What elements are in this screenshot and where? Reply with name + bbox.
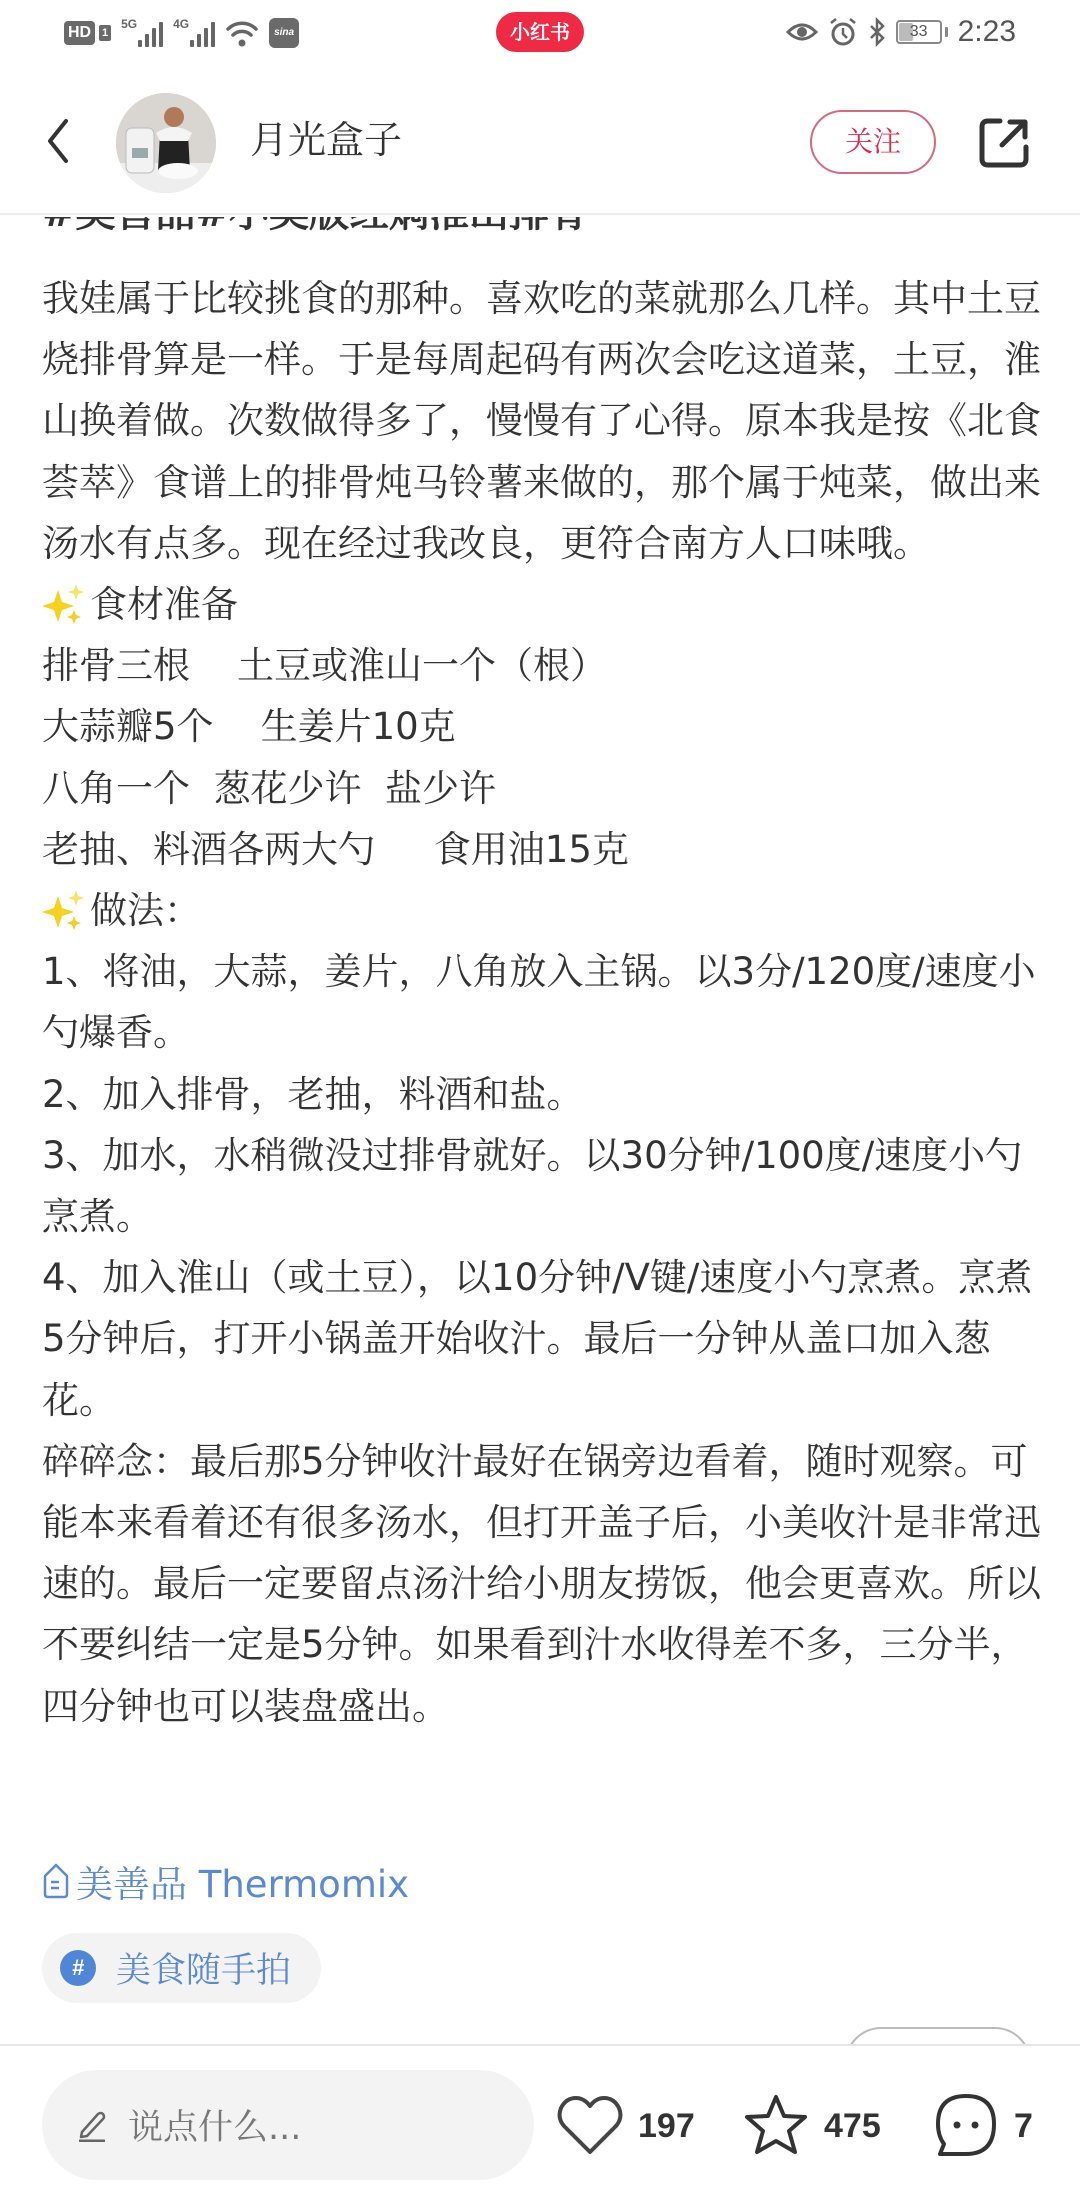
step-line: 2、加入排骨，老抽，料酒和盐。 [42, 1064, 1042, 1125]
battery-icon: 33 [896, 20, 942, 44]
comment-count: 7 [1014, 2107, 1033, 2146]
battery-tip [945, 27, 948, 37]
battery-level: 33 [910, 23, 928, 40]
status-bar: HD 1 5G 4G sina 小红书 [0, 0, 1080, 65]
comment-input[interactable]: 说点什么... [42, 2070, 534, 2180]
app-badge-xiaohongshu: 小红书 [496, 12, 584, 52]
clock: 2:23 [958, 15, 1016, 49]
hashtag-icon: # [60, 1950, 96, 1986]
status-right: 33 2:23 [786, 14, 1016, 50]
intro-text: 我娃属于比较挑食的那种。喜欢吃的菜就那么几样。其中土豆烧排骨算是一样。于是每周起… [42, 268, 1042, 574]
note-header: 月光盒子 关注 [0, 65, 1080, 215]
note-content: 我娃属于比较挑食的那种。喜欢吃的菜就那么几样。其中土豆烧排骨算是一样。于是每周起… [42, 268, 1042, 1737]
collect-count: 475 [824, 2107, 881, 2146]
method-heading-label: 做法： [90, 880, 201, 941]
hashtag-chip[interactable]: # 美食随手拍 [42, 1933, 321, 2003]
ingredient-line: 排骨三根 土豆或淮山一个（根） [42, 635, 1042, 696]
post-title: #美善品#小美版红焖淮山排骨 [42, 217, 589, 239]
sparkles-icon [42, 888, 88, 934]
author-name[interactable]: 月光盒子 [250, 115, 402, 165]
eye-comfort-icon [786, 20, 818, 44]
signal-5g-icon: 5G [121, 19, 163, 47]
back-button[interactable] [36, 105, 86, 175]
step-line: 1、将油，大蒜，姜片，八角放入主锅。以3分/120度/速度小勺爆香。 [42, 941, 1042, 1063]
share-icon [976, 115, 1032, 171]
author-avatar[interactable] [116, 93, 216, 193]
collect-button[interactable]: 475 [742, 2086, 881, 2166]
share-button[interactable] [976, 115, 1032, 171]
star-icon [742, 2092, 810, 2160]
hashtag-label: 美食随手拍 [116, 1943, 291, 1993]
ingredients-heading-label: 食材准备 [90, 574, 238, 635]
ingredient-line: 老抽、料酒各两大勺 食用油15克 [42, 819, 1042, 880]
method-heading: 做法： [42, 880, 1042, 941]
bottom-action-bar: 说点什么... 197 475 7 [0, 2044, 1080, 2204]
status-left: HD 1 5G 4G sina [64, 16, 299, 50]
sparkles-icon [42, 582, 88, 628]
ingredient-line: 八角一个 葱花少许 盐少许 [42, 758, 1042, 819]
ingredient-line: 大蒜瓣5个 生姜片10克 [42, 696, 1042, 757]
sina-app-icon: sina [269, 18, 299, 48]
sim-1-icon: 1 [99, 25, 111, 41]
like-button[interactable]: 197 [556, 2086, 695, 2166]
notes-text: 碎碎念：最后那5分钟收汁最好在锅旁边看着，随时观察。可能本来看着还有很多汤水，但… [42, 1431, 1042, 1737]
hd-voice-icon: HD [64, 21, 95, 45]
wifi-icon [225, 18, 259, 48]
step-line: 4、加入淮山（或土豆），以10分钟/V键/速度小勺烹煮。烹煮5分钟后，打开小锅盖… [42, 1247, 1042, 1431]
comments-button[interactable]: 7 [932, 2086, 1033, 2166]
bluetooth-icon [868, 17, 886, 47]
step-line: 3、加水，水稍微没过排骨就好。以30分钟/100度/速度小勺烹煮。 [42, 1125, 1042, 1247]
heart-icon [556, 2094, 624, 2158]
like-count: 197 [638, 2107, 695, 2146]
signal-4g-icon: 4G [173, 19, 215, 47]
brand-link-label: 美善品 Thermomix [76, 1854, 409, 1908]
chevron-left-icon [36, 105, 86, 175]
post-title-clipped: #美善品#小美版红焖淮山排骨 [0, 217, 1080, 239]
comment-placeholder: 说点什么... [128, 2100, 301, 2150]
brand-page-icon [42, 1862, 70, 1900]
pencil-icon [76, 2108, 110, 2142]
alarm-icon [828, 17, 858, 47]
chat-bubble-icon [932, 2092, 1000, 2160]
avatar-photo [116, 93, 216, 193]
follow-button[interactable]: 关注 [810, 110, 936, 174]
brand-link[interactable]: 美善品 Thermomix [42, 1856, 409, 1906]
ingredients-heading: 食材准备 [42, 574, 1042, 635]
